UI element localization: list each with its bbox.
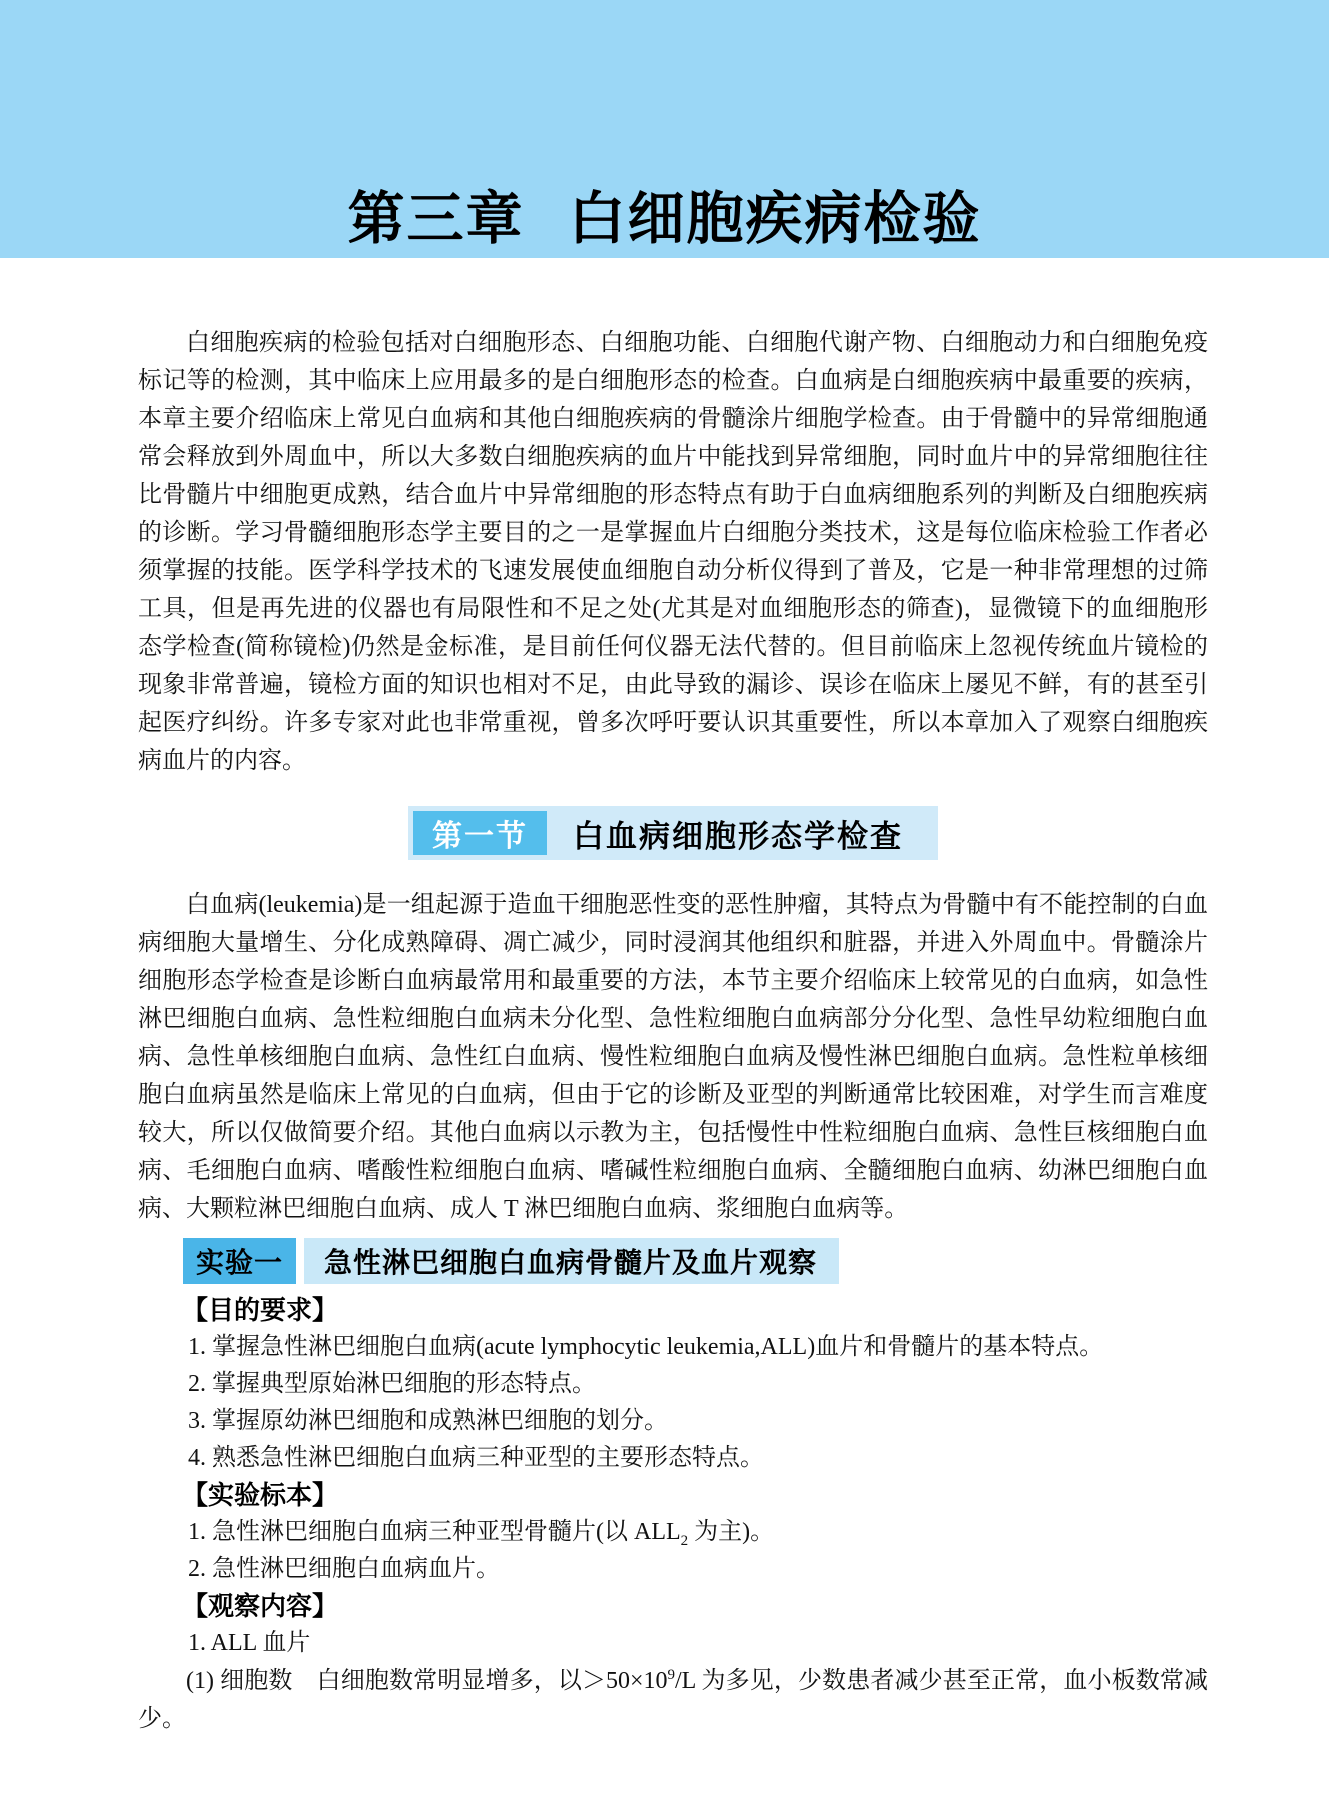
textbook-page: 第三章 白细胞疾病检验 白细胞疾病的检验包括对白细胞形态、白细胞功能、白细胞代谢… (0, 0, 1329, 1801)
observation-heading: 【观察内容】 (182, 1588, 1208, 1625)
purpose-item-4: 4. 熟悉急性淋巴细胞白血病三种亚型的主要形态特点。 (188, 1440, 1208, 1477)
chapter-name: 白细胞疾病检验 (569, 190, 982, 250)
cell-count-superscript: 9 (667, 1667, 675, 1683)
chapter-header-band: 第三章 白细胞疾病检验 (0, 0, 1329, 258)
chapter-number: 第三章 (348, 190, 525, 250)
page-content: 白细胞疾病的检验包括对白细胞形态、白细胞功能、白细胞代谢产物、白细胞动力和白细胞… (0, 324, 1329, 1738)
cell-count-paragraph: (1) 细胞数 白细胞数常明显增多，以＞50×109/L 为多见，少数患者减少甚… (138, 1662, 1208, 1738)
specimen-item-1-text: 1. 急性淋巴细胞白血病三种亚型骨髓片(以 ALL (188, 1519, 681, 1545)
experiment-title: 急性淋巴细胞白血病骨髓片及血片观察 (304, 1238, 839, 1284)
section-heading: 第一节 白血病细胞形态学检查 (408, 806, 938, 860)
chapter-title: 第三章 白细胞疾病检验 (348, 190, 982, 258)
section-number-badge: 第一节 (413, 811, 547, 855)
purpose-heading: 【目的要求】 (182, 1292, 1208, 1329)
experiment-heading: 实验一 急性淋巴细胞白血病骨髓片及血片观察 (183, 1238, 1208, 1284)
specimen-item-1: 1. 急性淋巴细胞白血病三种亚型骨髓片(以 ALL2 为主)。 (188, 1514, 1208, 1551)
purpose-item-3: 3. 掌握原幼淋巴细胞和成熟淋巴细胞的划分。 (188, 1403, 1208, 1440)
cell-count-text: (1) 细胞数 白细胞数常明显增多，以＞50×10 (186, 1668, 667, 1694)
specimen-item-2: 2. 急性淋巴细胞白血病血片。 (188, 1551, 1208, 1588)
section-title: 白血病细胞形态学检查 (547, 811, 933, 856)
purpose-item-1: 1. 掌握急性淋巴细胞白血病(acute lymphocytic leukemi… (188, 1329, 1208, 1366)
specimen-heading: 【实验标本】 (182, 1477, 1208, 1514)
intro-paragraph: 白细胞疾病的检验包括对白细胞形态、白细胞功能、白细胞代谢产物、白细胞动力和白细胞… (138, 324, 1208, 780)
observation-item-1: 1. ALL 血片 (188, 1625, 1208, 1662)
specimen-item-1-tail: 为主)。 (688, 1519, 774, 1545)
section-paragraph: 白血病(leukemia)是一组起源于造血干细胞恶性变的恶性肿瘤，其特点为骨髓中… (138, 886, 1208, 1228)
experiment-number-badge: 实验一 (183, 1238, 296, 1284)
purpose-item-2: 2. 掌握典型原始淋巴细胞的形态特点。 (188, 1366, 1208, 1403)
section-heading-row: 第一节 白血病细胞形态学检查 (138, 806, 1208, 860)
